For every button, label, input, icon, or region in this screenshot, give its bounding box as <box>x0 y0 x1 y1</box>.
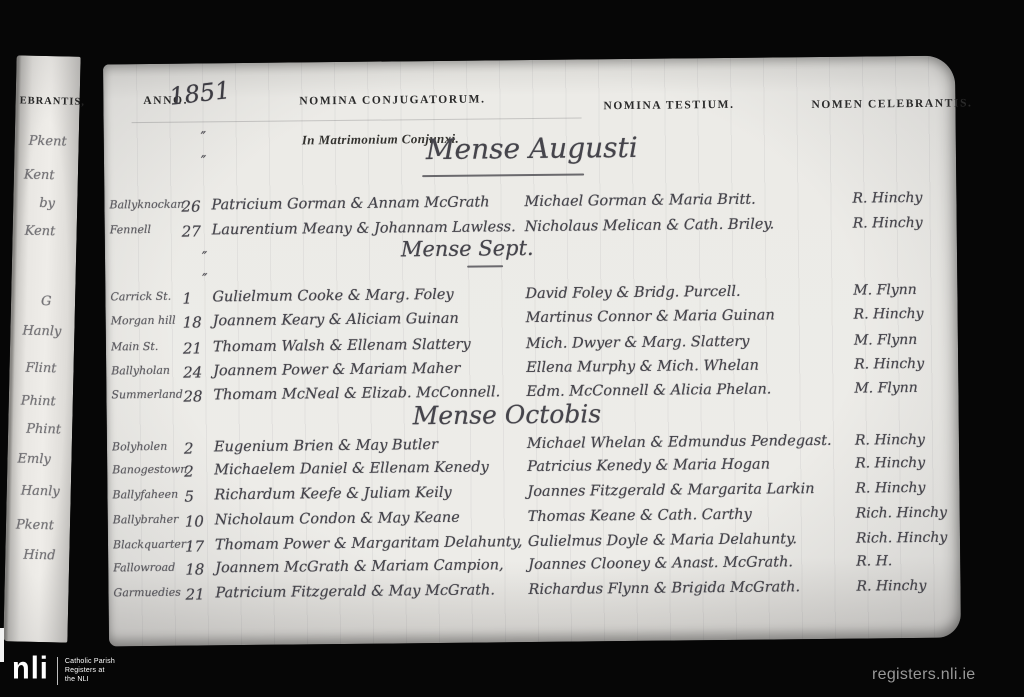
place-cell: Ballybraher <box>113 513 191 527</box>
couple-cell: Patricium Gorman & Annam McGrath <box>211 194 489 213</box>
site-watermark: registers.nli.ie <box>872 666 976 684</box>
place-cell: Banogestown Cot. <box>112 463 190 477</box>
signature-fragment: Kent <box>25 224 56 240</box>
celebrant-cell: R. Hinchy <box>854 356 954 373</box>
page-edge-highlight <box>0 628 4 662</box>
witnesses-cell: Martinus Connor & Maria Guinan <box>526 307 775 326</box>
couple-cell: Richardum Keefe & Juliam Keily <box>214 485 451 503</box>
couple-cell: Joannem McGrath & Mariam Campion, <box>215 557 504 576</box>
header-rule <box>132 117 582 123</box>
celebrant-cell: R. Hinchy <box>856 578 956 595</box>
witnesses-cell: Edm. McConnell & Alicia Phelan. <box>526 381 771 400</box>
place-cell: Ballyfaheen <box>112 488 190 502</box>
anno-year-handwritten: 1851 <box>168 76 232 111</box>
witnesses-cell: Patricius Kenedy & Maria Hogan <box>527 457 770 476</box>
day-cell: 2 <box>184 463 194 481</box>
couple-cell: Joannem Keary & Aliciam Guinan <box>213 311 459 330</box>
celebrant-cell: R. Hinchy <box>853 215 953 232</box>
day-cell: 24 <box>183 363 202 381</box>
celebrant-cell: R. Hinchy <box>854 306 954 323</box>
month-heading-october: Mense Octobis <box>413 399 602 430</box>
day-cell: 10 <box>185 512 204 530</box>
ditto-mark: ″ <box>202 249 207 265</box>
nli-logo: nli Catholic Parish Registers at the NLI <box>12 654 115 685</box>
signature-fragment: Emly <box>17 451 51 467</box>
signature-fragment: Hanly <box>21 484 60 500</box>
day-cell: 5 <box>184 488 194 506</box>
day-cell: 21 <box>185 585 204 603</box>
place-cell: Ballyknockan <box>109 198 187 212</box>
witnesses-cell: Joannes Fitzgerald & Margarita Larkin <box>527 481 814 500</box>
month-heading-august: Mense Augusti <box>426 131 638 166</box>
day-cell: 21 <box>183 339 202 357</box>
place-cell: Garmuedies <box>113 586 191 600</box>
nli-caption-line: Registers at <box>65 667 105 674</box>
couple-cell: Laurentium Meany & Johannam Lawless. <box>212 219 516 238</box>
couple-cell: Joannem Power & Mariam Maher <box>213 361 460 380</box>
day-cell: 17 <box>185 537 204 555</box>
day-cell: 18 <box>183 313 202 331</box>
day-cell: 2 <box>184 440 194 458</box>
couple-cell: Thomam Walsh & Ellenam Slattery <box>213 337 471 356</box>
day-cell: 18 <box>185 560 204 578</box>
facing-page-edge: EBRANTIS, Pkent Kent by Kent G Hanly Fli… <box>3 55 80 642</box>
place-cell: Blackquarter St. <box>113 538 191 552</box>
couple-cell: Thomam Power & Margaritam Delahunty, <box>215 534 523 553</box>
celebrant-cell: Rich. Hinchy <box>856 530 956 547</box>
signature-fragment: Flint <box>25 361 56 377</box>
ditto-mark: ″ <box>202 271 207 287</box>
celebrant-cell: M. Flynn <box>854 380 954 397</box>
celebrant-cell: R. Hinchy <box>855 480 955 497</box>
place-cell: Main St. <box>111 340 189 354</box>
register-row: Garmuedies 21 Patricium Fitzgerald & May… <box>108 578 960 609</box>
witnesses-cell: David Foley & Bridg. Purcell. <box>525 284 740 302</box>
signature-fragment: Phint <box>21 394 56 410</box>
signature-fragment: Pkent <box>16 517 54 533</box>
celebrant-cell: M. Flynn <box>853 282 953 299</box>
witnesses-cell: Ellena Murphy & Mich. Whelan <box>526 358 759 376</box>
celebrant-cell: M. Flynn <box>854 332 954 349</box>
ditto-mark: ″ <box>201 153 206 169</box>
signature-fragment: G <box>41 294 52 309</box>
place-cell: Fallowroad <box>113 561 191 575</box>
place-cell: Fennell <box>110 223 188 237</box>
place-cell: Morgan hill <box>111 314 189 328</box>
month-heading-september: Mense Sept. <box>401 236 534 261</box>
signature-fragment: Phint <box>26 422 61 438</box>
signature-fragment: Pkent <box>29 134 67 150</box>
column-header-conjugatorum: NOMINA CONJUGATORUM. <box>299 93 485 107</box>
nli-caption-line: Catholic Parish <box>65 658 115 665</box>
signature-fragment: Hind <box>23 548 56 564</box>
place-cell: Bolyholen <box>112 440 190 454</box>
day-cell: 26 <box>181 197 200 215</box>
signature-fragment: Hanly <box>22 324 61 340</box>
couple-cell: Eugenium Brien & May Butler <box>214 437 438 455</box>
signature-fragment: Kent <box>24 168 55 184</box>
register-scan-viewer: { "header": { "anno_label": "ANNO.", "an… <box>0 0 1024 697</box>
celebrant-cell: Rich. Hinchy <box>856 505 956 522</box>
celebrant-cell: R. Hinchy <box>855 455 955 472</box>
place-cell: Ballyholan <box>111 364 189 378</box>
celebrant-cell: R. H. <box>856 553 956 570</box>
witnesses-cell: Michael Gorman & Maria Britt. <box>524 192 755 210</box>
celebrant-cell: R. Hinchy <box>855 432 955 449</box>
signature-fragment: by <box>39 196 55 211</box>
couple-cell: Michaelem Daniel & Ellenam Kenedy <box>214 459 489 478</box>
witnesses-cell: Joannes Clooney & Anast. McGrath. <box>528 554 793 573</box>
nli-logo-mark: nli <box>12 653 49 685</box>
celebrant-cell: R. Hinchy <box>852 190 952 207</box>
couple-cell: Patricium Fitzgerald & May McGrath. <box>215 582 495 601</box>
day-cell: 27 <box>182 222 201 240</box>
place-cell: Summerland <box>111 388 189 402</box>
place-cell: Carrick St. <box>110 290 188 304</box>
nli-logo-caption: Catholic Parish Registers at the NLI <box>65 657 115 684</box>
heading-underline <box>422 173 584 177</box>
ditto-mark: ″ <box>201 129 206 145</box>
register-page: ANNO. 1851 NOMINA CONJUGATORUM. NOMINA T… <box>103 56 961 647</box>
column-header-testium: NOMINA TESTIUM. <box>603 99 734 112</box>
nli-caption-line: the NLI <box>65 676 89 683</box>
column-header-celebrantis: NOMEN CELEBRANTIS. <box>811 97 972 111</box>
witnesses-cell: Mich. Dwyer & Marg. Slattery <box>526 334 750 352</box>
day-cell: 28 <box>183 387 202 405</box>
witnesses-cell: Michael Whelan & Edmundus Pendegast. <box>527 433 832 452</box>
couple-cell: Gulielmum Cooke & Marg. Foley <box>212 287 453 306</box>
facing-page-header-fragment: EBRANTIS, <box>19 95 85 107</box>
heading-underline <box>467 265 503 267</box>
couple-cell: Nicholaum Condon & May Keane <box>215 510 460 529</box>
witnesses-cell: Nicholaus Melican & Cath. Briley. <box>525 216 775 235</box>
witnesses-cell: Gulielmus Doyle & Maria Delahunty. <box>528 531 797 550</box>
witnesses-cell: Richardus Flynn & Brigida McGrath. <box>528 579 800 598</box>
nli-logo-divider <box>57 657 58 685</box>
day-cell: 1 <box>182 290 192 308</box>
witnesses-cell: Thomas Keane & Cath. Carthy <box>528 507 752 525</box>
